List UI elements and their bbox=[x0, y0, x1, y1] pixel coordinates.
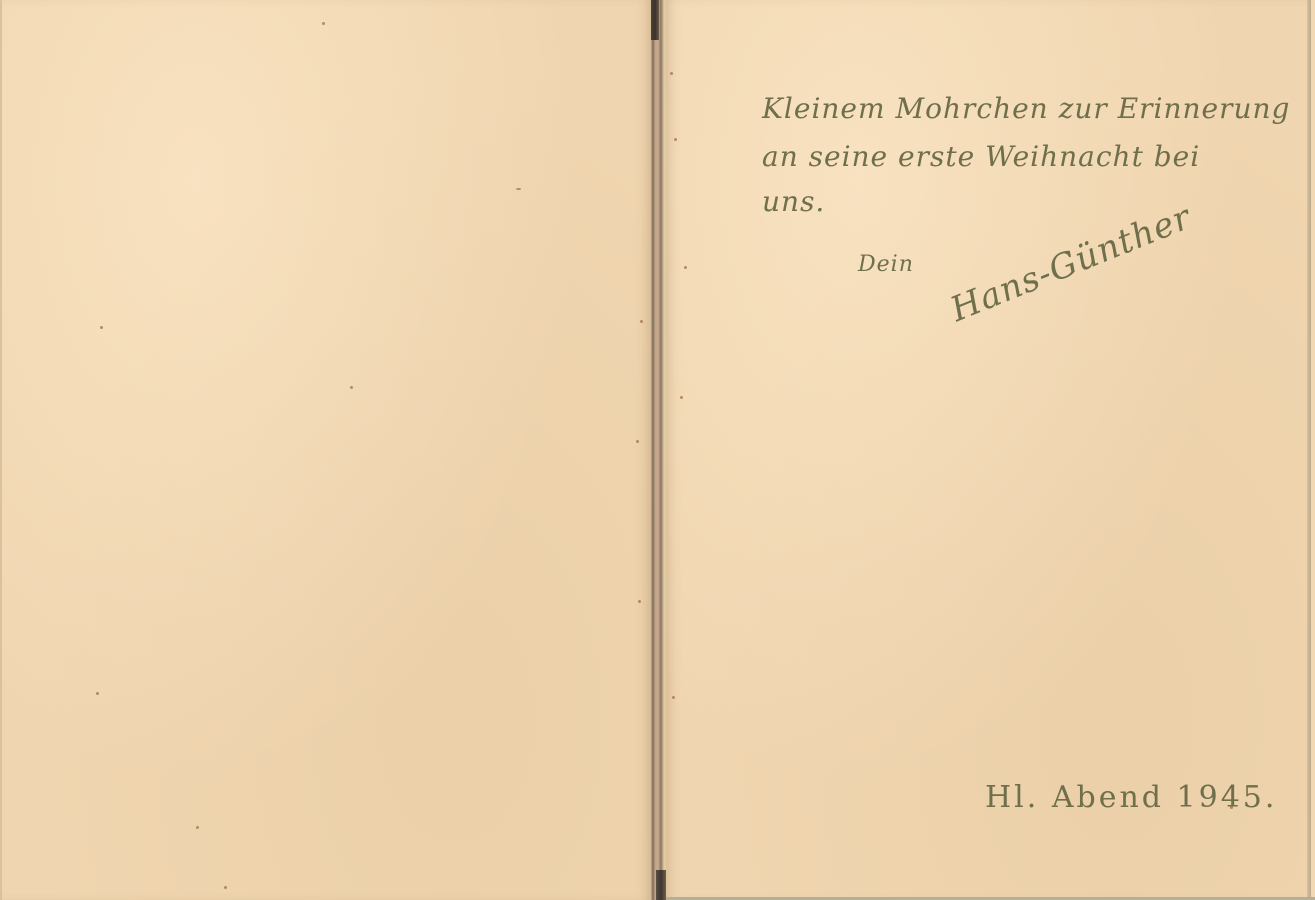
foxing-spot bbox=[350, 386, 353, 389]
spine-bottom-shadow bbox=[656, 870, 666, 900]
right-page bbox=[664, 0, 1311, 900]
foxing-spot bbox=[100, 326, 103, 329]
foxing-spot bbox=[322, 22, 325, 25]
left-page bbox=[0, 0, 652, 900]
foxing-spot bbox=[638, 600, 641, 603]
spine-top-shadow bbox=[651, 0, 659, 40]
foxing-spot bbox=[670, 72, 673, 75]
foxing-spot bbox=[196, 826, 199, 829]
foxing-spot bbox=[680, 396, 683, 399]
book-spread: Kleinem Mohrchen zur Erinnerung an seine… bbox=[0, 0, 1315, 900]
right-page-edge bbox=[1307, 0, 1311, 900]
foxing-spot bbox=[224, 886, 227, 889]
dedication-line-1: Kleinem Mohrchen zur Erinnerung bbox=[762, 92, 1290, 125]
dedication-greeting: Dein bbox=[858, 252, 914, 277]
left-page-edge bbox=[0, 0, 2, 900]
foxing-spot bbox=[684, 266, 687, 269]
foxing-spot bbox=[672, 696, 675, 699]
date-line: Hl. Abend 1945. bbox=[985, 780, 1277, 815]
foxing-spot bbox=[96, 692, 99, 695]
book-spine bbox=[650, 0, 666, 900]
foxing-spot bbox=[516, 188, 521, 190]
foxing-spot bbox=[640, 320, 643, 323]
foxing-spot bbox=[674, 138, 677, 141]
foxing-spot bbox=[636, 440, 639, 443]
dedication-line-2: an seine erste Weihnacht bei bbox=[762, 140, 1200, 173]
dedication-line-3: uns. bbox=[762, 185, 825, 218]
